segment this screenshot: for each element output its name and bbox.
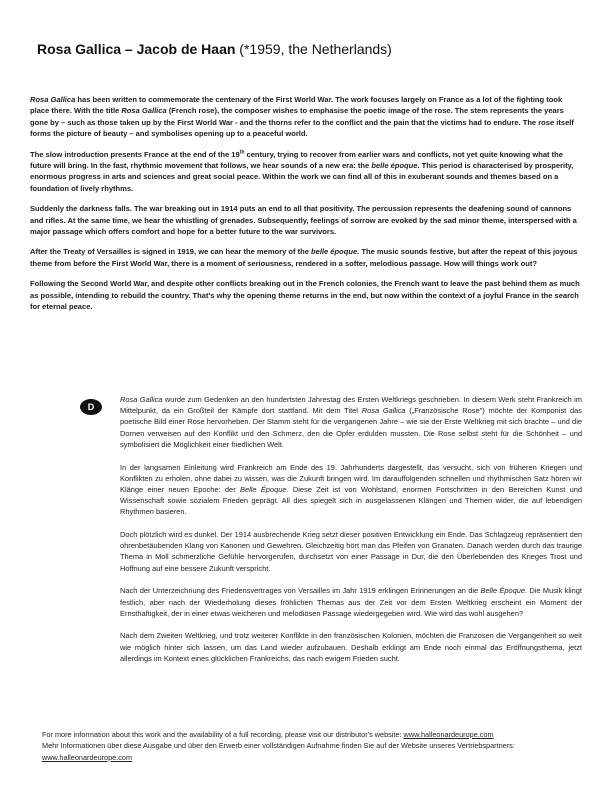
german-paragraph-3: Doch plötzlich wird es dunkel. Der 1914 … bbox=[120, 529, 582, 574]
italic-term: Belle Époque bbox=[240, 485, 287, 494]
text: Nach der Unterzeichnung des Friedensvert… bbox=[120, 586, 480, 595]
italic-title: Rosa Gallica bbox=[121, 106, 166, 115]
text: Mehr Informationen über diese Ausgabe un… bbox=[42, 741, 515, 750]
text: The slow introduction presents France at… bbox=[30, 150, 240, 159]
german-paragraph-1: Rosa Gallica wurde zum Gedenken an den h… bbox=[120, 394, 582, 450]
english-paragraph-2: The slow introduction presents France at… bbox=[30, 149, 580, 195]
italic-term: belle époque bbox=[371, 161, 417, 170]
german-section: Rosa Gallica wurde zum Gedenken an den h… bbox=[120, 394, 582, 676]
distributor-link-en[interactable]: www.halleonardeurope.com bbox=[404, 730, 494, 739]
italic-title: Rosa Gallica bbox=[362, 406, 406, 415]
english-paragraph-3: Suddenly the darkness falls. The war bre… bbox=[30, 203, 580, 237]
footer-info: For more information about this work and… bbox=[42, 729, 587, 763]
title-subtitle: (*1959, the Netherlands) bbox=[235, 41, 391, 57]
distributor-link-de[interactable]: www.halleonardeurope.com bbox=[42, 753, 132, 762]
title-main: Rosa Gallica – Jacob de Haan bbox=[37, 41, 235, 57]
italic-title: Rosa Gallica bbox=[30, 95, 75, 104]
english-paragraph-5: Following the Second World War, and desp… bbox=[30, 278, 580, 312]
page-title: Rosa Gallica – Jacob de Haan (*1959, the… bbox=[37, 41, 392, 57]
italic-term: belle époque bbox=[311, 247, 357, 256]
german-paragraph-5: Nach dem Zweiten Weltkrieg, und trotz we… bbox=[120, 630, 582, 664]
italic-term: Belle Époque bbox=[480, 586, 525, 595]
english-section: Rosa Gallica has been written to commemo… bbox=[30, 94, 580, 322]
footer-english: For more information about this work and… bbox=[42, 729, 587, 740]
english-paragraph-4: After the Treaty of Versailles is signed… bbox=[30, 246, 580, 269]
german-paragraph-4: Nach der Unterzeichnung des Friedensvert… bbox=[120, 585, 582, 619]
text: For more information about this work and… bbox=[42, 730, 404, 739]
english-paragraph-1: Rosa Gallica has been written to commemo… bbox=[30, 94, 580, 140]
language-badge-de: D bbox=[80, 399, 102, 415]
text: After the Treaty of Versailles is signed… bbox=[30, 247, 311, 256]
german-paragraph-2: In der langsamen Einleitung wird Frankre… bbox=[120, 462, 582, 518]
italic-title: Rosa Gallica bbox=[120, 395, 163, 404]
footer-german: Mehr Informationen über diese Ausgabe un… bbox=[42, 740, 587, 763]
